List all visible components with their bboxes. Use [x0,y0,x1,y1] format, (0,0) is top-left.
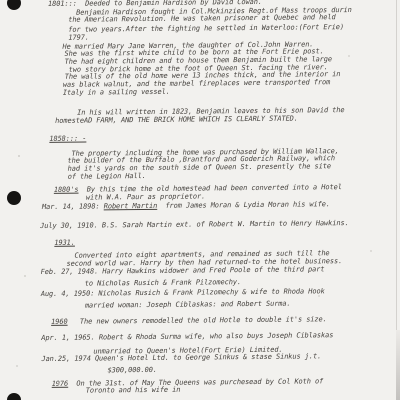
paper-specks [18,155,20,157]
document-line: Mar. 14, 1898: Robert Martin from James … [2,200,400,212]
text-segment: Italy in a sailing vessel. [63,87,170,96]
underlined-text-segment: 1976 [52,379,69,387]
text-segment: with W.A. Paur as proprietor. [86,192,205,201]
text-segment: 1801::: [48,0,77,8]
text-segment: of the Legion Hall. [68,172,146,181]
text-segment: The new owners remodelled the old Hotle … [68,315,327,325]
text-segment: $300,000.00. [108,366,157,374]
document-line: 1858::: - [1,132,400,144]
text-segment: 1797. [68,33,89,41]
document-line: $300,000.00. [4,364,400,376]
underlined-text-segment: 1858::: - [49,134,86,142]
document-line: Jan.25, 1974 Queen's Hotel Ltd. to Georg… [3,353,400,365]
text-segment: Feb. 27, 1948. Harry Hawkins widower and… [41,266,325,277]
text-segment: married woman: Joseph Ciblaskas: and Rob… [85,300,291,310]
document-line: Apr. 1, 1965. Robert & Rhoda Surma wife,… [3,331,400,343]
document-line: Feb. 27, 1948. Harry Hawkins widower and… [3,266,400,278]
text-segment: July 30, 1910. B.S. Sarah Martin ext. of… [40,220,349,231]
text-segment: Aug. 4, 1950: Nicholas Rusich & Frank Pi… [41,287,325,298]
text-segment: Mar. 14, 1898: [42,202,104,211]
scanned-document-page: 1801::: Deeded to Benjamin Hardison by D… [0,0,400,400]
underlined-text-segment: 1931. [54,239,75,247]
text-segment: the American Revolution. He was taken pr… [68,14,336,25]
text-segment: Apr. 1, 1965. Robert & Rhoda Surma wife,… [41,331,333,342]
document-line: married woman: Joseph Ciblaskas: and Rob… [3,300,400,312]
document-line: July 30, 1910. B.S. Sarah Martin ext. of… [2,220,400,232]
hole-punch-middle [7,191,21,205]
text-segment: Jan.25, 1974 Queen's Hotel Ltd. to Georg… [41,353,321,364]
document-text: 1801::: Deeded to Benjamin Hardison by D… [0,0,400,396]
document-line: homesteAD FARM, AND THE BRICK HOME WHICH… [1,115,400,127]
hole-punch-bottom [7,393,21,400]
document-line: Aug. 4, 1950: Nicholas Rusich & Frank Pi… [3,287,400,299]
text-segment: to Nicholas Rusich & Frank Pilzomechy. [85,278,241,288]
text-segment: Toronto and his wife in [86,386,181,395]
document-line: 1931. [2,237,400,249]
underlined-text-segment: 1960 [51,318,68,326]
document-line: 1960 The new owners remodelled the old H… [3,316,400,328]
underlined-text-segment: 1880's [54,186,79,194]
text-segment: for two years.After the fighting he sett… [68,23,344,34]
page-edge-shading [396,330,400,400]
text-segment: homesteAD FARM, AND THE BRICK HOME WHICH… [55,115,298,125]
text-segment: from James Moran & Lydia Moran his wife. [157,200,330,210]
underlined-text-segment: Robert Martin [104,202,158,211]
